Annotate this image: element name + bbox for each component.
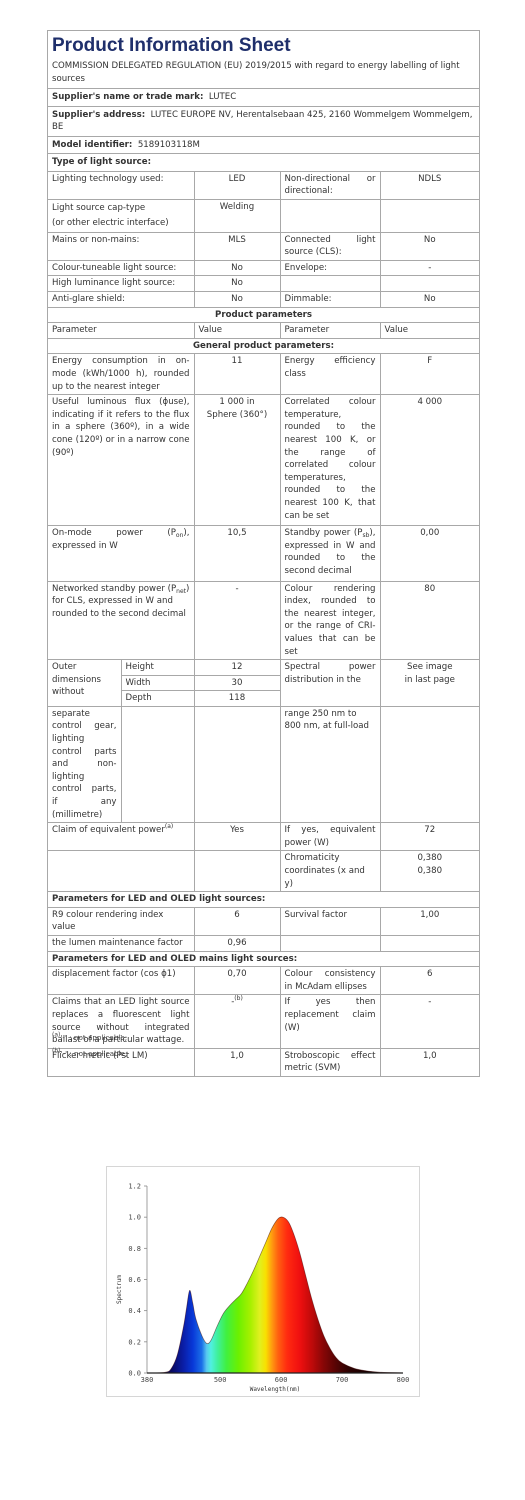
general-parameters-heading: General product parameters: xyxy=(48,338,479,354)
cct-label: Correlated colour temperature, rounded t… xyxy=(280,395,380,526)
column-header: Parameter xyxy=(280,323,380,339)
table-column-headers: Parameter Value Parameter Value xyxy=(48,323,479,339)
svg-text:0.6: 0.6 xyxy=(128,1276,141,1284)
param-label: Connected light source (CLS): xyxy=(280,232,380,260)
luminous-flux-value-line2: Sphere (360°) xyxy=(199,409,276,422)
param-label: High luminance light source: xyxy=(48,276,194,292)
dimensions-label-bottom: separate control gear, lighting control … xyxy=(48,706,121,822)
chromaticity-x: 0,380 xyxy=(385,852,476,865)
param-value: No xyxy=(194,292,280,308)
replacement-claim-label: If yes then replacement claim (W) xyxy=(280,995,380,1048)
r9-label: R9 colour rendering index value xyxy=(48,907,194,935)
networked-subscript: net xyxy=(176,588,186,595)
table-row: Colour-tuneable light source: No Envelop… xyxy=(48,260,479,276)
standby-power-label-text: Standby power (P xyxy=(285,528,363,538)
table-row: Energy consumption in on-mode (kWh/1000 … xyxy=(48,354,479,395)
empty-cell xyxy=(280,935,380,951)
table-row: separate control gear, lighting control … xyxy=(48,706,479,822)
table-section-header: Parameters for LED and OLED light source… xyxy=(48,892,479,908)
svg-text:1.0: 1.0 xyxy=(128,1214,141,1222)
param-value: - xyxy=(380,260,479,276)
svg-text:Spectrum: Spectrum xyxy=(116,1275,123,1304)
param-value: Welding xyxy=(194,199,280,232)
svg-text:Wavelength(nm): Wavelength(nm) xyxy=(250,1386,301,1393)
param-label: Colour-tuneable light source: xyxy=(48,260,194,276)
footnote-a: (a)'-' : not applicable; xyxy=(52,1033,127,1042)
table-row: Light source cap-type(or other electric … xyxy=(48,199,479,232)
chromaticity-value: 0,3800,380 xyxy=(380,851,479,892)
replacement-claim-value: - xyxy=(380,995,479,1048)
luminous-flux-value-line1: 1 000 in xyxy=(199,396,276,409)
param-value: NDLS xyxy=(380,172,479,200)
led-params-heading: Parameters for LED and OLED light source… xyxy=(48,892,479,908)
dimension-name: Width xyxy=(121,675,194,691)
stroboscopic-label: Stroboscopic effect metric (SVM) xyxy=(280,1048,380,1076)
param-label: Non-directional or directional: xyxy=(280,172,380,200)
supplier-address-row: Supplier's address: LUTEC EUROPE NV, Her… xyxy=(48,107,479,137)
spd-label-top: Spectral power distribution in the xyxy=(280,660,380,707)
column-header: Value xyxy=(194,323,280,339)
equivalent-claim-text: Claim of equivalent power xyxy=(52,825,165,835)
on-mode-power-value: 10,5 xyxy=(194,526,280,581)
svg-text:0.2: 0.2 xyxy=(128,1338,141,1346)
stroboscopic-value: 1,0 xyxy=(380,1048,479,1076)
energy-class-label: Energy efficiency class xyxy=(280,354,380,395)
model-identifier-label: Model identifier: xyxy=(52,140,132,150)
colour-consistency-label: Colour consistency in McAdam ellipses xyxy=(280,967,380,995)
table-row: Useful luminous flux (ϕuse), indicating … xyxy=(48,395,479,526)
standby-power-label: Standby power (Psb), expressed in W and … xyxy=(280,526,380,581)
product-parameters-heading: Product parameters xyxy=(48,308,479,323)
luminous-flux-label: Useful luminous flux (ϕuse), indicating … xyxy=(48,395,194,526)
param-label xyxy=(280,276,380,292)
dimension-value: 30 xyxy=(194,675,280,691)
table-row: Anti-glare shield: No Dimmable: No xyxy=(48,292,479,308)
param-value: LED xyxy=(194,172,280,200)
param-label xyxy=(280,199,380,232)
svg-text:700: 700 xyxy=(336,1376,349,1384)
led-mains-params-heading: Parameters for LED and OLED mains light … xyxy=(48,951,479,967)
survival-value: 1,00 xyxy=(380,907,479,935)
supplier-name-value: LUTEC xyxy=(209,92,236,102)
param-label: Anti-glare shield: xyxy=(48,292,194,308)
energy-consumption-label: Energy consumption in on-mode (kWh/1000 … xyxy=(48,354,194,395)
supplier-address-label: Supplier's address: xyxy=(52,110,145,120)
empty-cell xyxy=(194,851,280,892)
networked-standby-label: Networked standby power (Pnet) for CLS, … xyxy=(48,581,194,660)
standby-power-value: 0,00 xyxy=(380,526,479,581)
cri-label: Colour rendering index, rounded to the n… xyxy=(280,581,380,660)
cap-type-sublabel: (or other electric interface) xyxy=(52,216,190,231)
param-value: No xyxy=(380,232,479,260)
cri-value: 80 xyxy=(380,581,479,660)
page-title: Product Information Sheet xyxy=(48,31,479,59)
regulation-text: COMMISSION DELEGATED REGULATION (EU) 201… xyxy=(48,59,479,89)
product-parameters-table: Product parameters Parameter Value Param… xyxy=(48,308,479,1077)
colour-consistency-value: 6 xyxy=(380,967,479,995)
supplier-name-label: Supplier's name or trade mark: xyxy=(52,92,203,102)
param-value xyxy=(380,276,479,292)
table-row: Networked standby power (Pnet) for CLS, … xyxy=(48,581,479,660)
param-value xyxy=(380,199,479,232)
spd-value-line1: See image xyxy=(385,661,476,674)
spd-value: See imagein last page xyxy=(380,660,479,707)
equivalent-power-value: 72 xyxy=(380,823,479,851)
svg-text:800: 800 xyxy=(397,1376,410,1384)
footnote-ref-a: (a) xyxy=(165,823,173,830)
table-section-header: Product parameters xyxy=(48,308,479,323)
dimensions-label-top: Outer dimensions without xyxy=(48,660,121,707)
spd-value-line2: in last page xyxy=(385,674,476,687)
model-identifier-row: Model identifier: 5189103118M xyxy=(48,137,479,155)
product-information-sheet: Product Information Sheet COMMISSION DEL… xyxy=(47,30,480,1077)
param-label: Lighting technology used: xyxy=(48,172,194,200)
param-value: No xyxy=(194,260,280,276)
table-row: Claim of equivalent power(a) Yes If yes,… xyxy=(48,823,479,851)
svg-text:1.2: 1.2 xyxy=(128,1183,141,1191)
lumen-maintenance-label: the lumen maintenance factor xyxy=(48,935,194,951)
footnote-b: (b)'-' : not applicable; xyxy=(52,1049,127,1058)
table-row: R9 colour rendering index value 6 Surviv… xyxy=(48,907,479,935)
displacement-label: displacement factor (cos ϕ1) xyxy=(48,967,194,995)
flicker-value: 1,0 xyxy=(194,1048,280,1076)
r9-value: 6 xyxy=(194,907,280,935)
on-mode-power-label: On-mode power (Pon), expressed in W xyxy=(48,526,194,581)
chromaticity-label: Chromaticity coordinates (x and y) xyxy=(280,851,380,892)
table-row: Outer dimensions without Height 12 Spect… xyxy=(48,660,479,676)
spectrum-plot: 0.00.20.40.60.81.01.2380500600700800Wave… xyxy=(107,1167,419,1396)
energy-consumption-value: 11 xyxy=(194,354,280,395)
displacement-value: 0,70 xyxy=(194,967,280,995)
type-of-light-source-heading: Type of light source: xyxy=(48,154,479,172)
table-row: displacement factor (cos ϕ1) 0,70 Colour… xyxy=(48,967,479,995)
spd-label-bottom: range 250 nm to 800 nm, at full-load xyxy=(280,706,380,822)
param-label: Light source cap-type(or other electric … xyxy=(48,199,194,232)
footnote-ref-b: (b) xyxy=(234,995,243,1002)
param-label: Mains or non-mains: xyxy=(48,232,194,260)
table-row: High luminance light source: No xyxy=(48,276,479,292)
supplier-name-row: Supplier's name or trade mark: LUTEC xyxy=(48,89,479,107)
luminous-flux-value: 1 000 inSphere (360°) xyxy=(194,395,280,526)
param-value: MLS xyxy=(194,232,280,260)
empty-cell xyxy=(194,706,280,822)
survival-label: Survival factor xyxy=(280,907,380,935)
table-row: Mains or non-mains: MLS Connected light … xyxy=(48,232,479,260)
table-row: the lumen maintenance factor 0,96 xyxy=(48,935,479,951)
footnote-text: '-' : not applicable; xyxy=(61,1049,128,1058)
param-value: No xyxy=(194,276,280,292)
dimension-value: 118 xyxy=(194,691,280,707)
footnote-mark: (b) xyxy=(52,1048,61,1055)
empty-cell xyxy=(48,851,194,892)
svg-text:380: 380 xyxy=(141,1376,154,1384)
column-header: Parameter xyxy=(48,323,194,339)
table-row: Chromaticity coordinates (x and y) 0,380… xyxy=(48,851,479,892)
column-header: Value xyxy=(380,323,479,339)
chromaticity-y: 0,380 xyxy=(385,865,476,878)
equivalent-power-claim-label: Claim of equivalent power(a) xyxy=(48,823,194,851)
cap-type-label: Light source cap-type xyxy=(52,201,190,216)
empty-cell xyxy=(380,935,479,951)
energy-class-value: F xyxy=(380,354,479,395)
table-row: Lighting technology used: LED Non-direct… xyxy=(48,172,479,200)
param-label: Dimmable: xyxy=(280,292,380,308)
param-value: No xyxy=(380,292,479,308)
svg-text:0.8: 0.8 xyxy=(128,1245,141,1253)
equivalent-power-label: If yes, equivalent power (W) xyxy=(280,823,380,851)
table-row: On-mode power (Pon), expressed in W 10,5… xyxy=(48,526,479,581)
svg-text:600: 600 xyxy=(275,1376,288,1384)
spectral-power-distribution-chart: 0.00.20.40.60.81.01.2380500600700800Wave… xyxy=(106,1166,420,1397)
svg-text:0.4: 0.4 xyxy=(128,1307,141,1315)
svg-text:0.0: 0.0 xyxy=(128,1370,141,1378)
light-source-table: Lighting technology used: LED Non-direct… xyxy=(48,172,479,308)
footnote-text: '-' : not applicable; xyxy=(60,1033,127,1042)
table-section-header: Parameters for LED and OLED mains light … xyxy=(48,951,479,967)
equivalent-power-claim-value: Yes xyxy=(194,823,280,851)
lumen-maintenance-value: 0,96 xyxy=(194,935,280,951)
fluorescent-claim-value: -(b) xyxy=(194,995,280,1048)
on-mode-power-label-text: On-mode power (P xyxy=(52,528,176,538)
param-label: Envelope: xyxy=(280,260,380,276)
dimension-name: Depth xyxy=(121,691,194,707)
svg-text:500: 500 xyxy=(214,1376,227,1384)
networked-standby-label-text: Networked standby power (P xyxy=(52,584,176,594)
networked-standby-value: - xyxy=(194,581,280,660)
cct-value: 4 000 xyxy=(380,395,479,526)
empty-cell xyxy=(121,706,194,822)
model-identifier-value: 5189103118M xyxy=(138,140,200,150)
dimension-value: 12 xyxy=(194,660,280,676)
table-section-header: General product parameters: xyxy=(48,338,479,354)
empty-cell xyxy=(380,706,479,822)
dimension-name: Height xyxy=(121,660,194,676)
